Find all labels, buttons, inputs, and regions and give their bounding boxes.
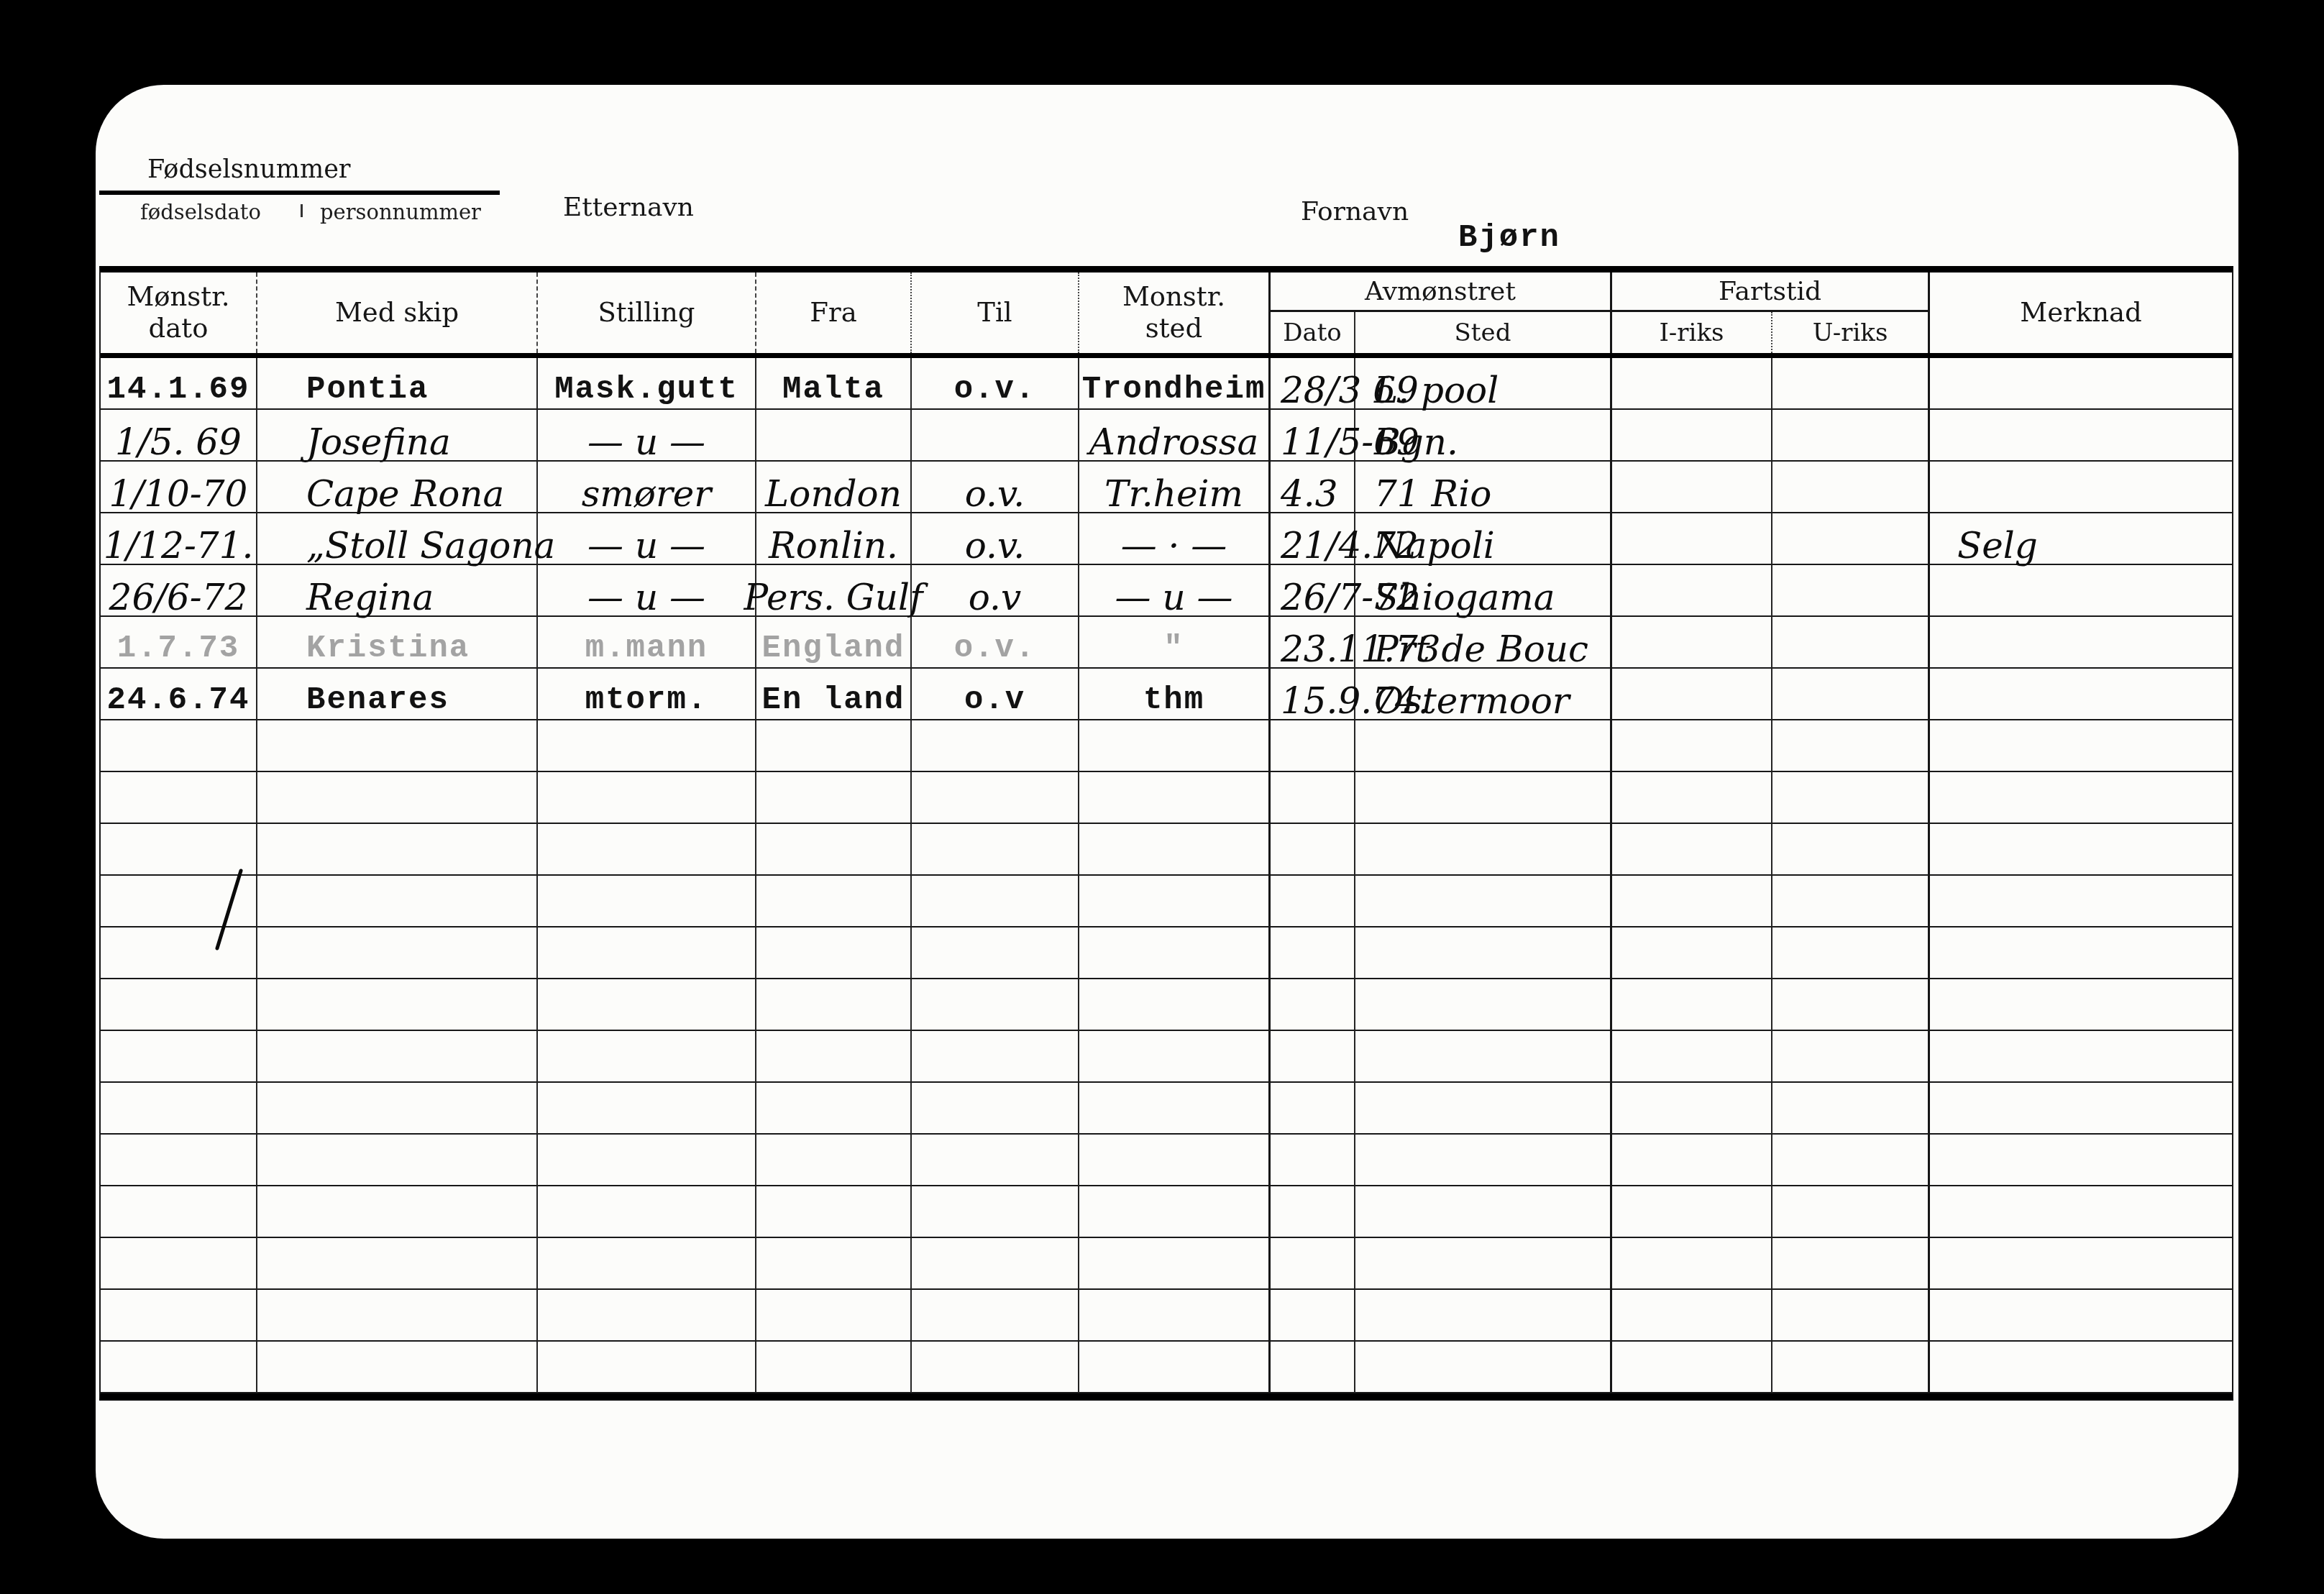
cell-iriks [1612, 876, 1772, 927]
cell-skip [257, 1135, 538, 1186]
table-row: 14.1.69PontiaMask.guttMaltao.v.Trondheim… [101, 358, 2232, 410]
cell-uriks [1772, 513, 1930, 565]
cell-sted: " [1079, 617, 1271, 669]
col-header-til: Til [912, 272, 1079, 353]
table-row [101, 927, 2232, 979]
cell-uriks [1772, 720, 1930, 772]
cell-avm_sted [1355, 1290, 1612, 1342]
cell-skip: Josefina [257, 410, 538, 462]
cell-avm_sted: Napoli [1355, 513, 1612, 565]
cell-skip [257, 1290, 538, 1342]
fartstid-subheaders: I-riks U-riks [1612, 312, 1928, 353]
cell-avm_dato [1271, 927, 1355, 979]
cell-til [912, 1290, 1079, 1342]
cell-iriks [1612, 1290, 1772, 1342]
cell-avm_sted: Shiogama [1355, 565, 1612, 617]
col-header-monstr-sted: Monstr. sted [1079, 272, 1271, 353]
cell-avm_sted [1355, 1083, 1612, 1135]
cell-sted: Tr.heim [1079, 462, 1271, 513]
cell-til [912, 772, 1079, 824]
cell-sted [1079, 1290, 1271, 1342]
cell-fra [756, 1238, 912, 1290]
cell-sted [1079, 720, 1271, 772]
cell-dato [101, 824, 257, 876]
cell-avm_sted [1355, 1186, 1612, 1238]
table-row: 26/6-72Regina— u —Pers. Gulfo.v— u —26/7… [101, 565, 2232, 617]
cell-merknad [1930, 979, 2232, 1031]
cell-skip [257, 1031, 538, 1083]
cell-til: o.v [912, 669, 1079, 720]
cell-fra: En land [756, 669, 912, 720]
cell-til: o.v. [912, 358, 1079, 410]
cell-avm_sted: Bgn. [1355, 410, 1612, 462]
cell-avm_sted [1355, 927, 1612, 979]
table-header: Mønstr. dato Med skip Stilling Fra Til M… [101, 272, 2232, 358]
cell-stilling [538, 1342, 756, 1393]
cell-dato: 14.1.69 [101, 358, 257, 410]
cell-skip: Cape Rona [257, 462, 538, 513]
cell-dato: 1/12-71. [101, 513, 257, 565]
cell-stilling: mtorm. [538, 669, 756, 720]
cell-avm_sted [1355, 1031, 1612, 1083]
cell-stilling: — u — [538, 513, 756, 565]
table-row: 1.7.73Kristinam.mannEnglando.v."23.11.73… [101, 617, 2232, 669]
cell-merknad [1930, 565, 2232, 617]
cell-avm_dato [1271, 1186, 1355, 1238]
cell-iriks [1612, 927, 1772, 979]
cell-avm_sted [1355, 1238, 1612, 1290]
cell-til [912, 824, 1079, 876]
cell-avm_dato: 21/4.72 [1271, 513, 1355, 565]
cell-til [912, 876, 1079, 927]
cell-iriks [1612, 1031, 1772, 1083]
cell-fra [756, 979, 912, 1031]
fodselsnummer-underline [99, 191, 500, 195]
col-header-monstr-dato-line2: dato [149, 313, 209, 344]
cell-til [912, 720, 1079, 772]
col-header-avm-sted: Sted [1355, 312, 1610, 353]
record-table: Mønstr. dato Med skip Stilling Fra Til M… [99, 266, 2233, 1401]
table-row [101, 876, 2232, 927]
cell-fra [756, 1083, 912, 1135]
cell-dato [101, 1031, 257, 1083]
cell-dato [101, 1238, 257, 1290]
cell-uriks [1772, 565, 1930, 617]
cell-merknad [1930, 1135, 2232, 1186]
cell-avm_dato: 15.9.74. [1271, 669, 1355, 720]
cell-dato [101, 1135, 257, 1186]
cell-dato: 1.7.73 [101, 617, 257, 669]
cell-merknad [1930, 410, 2232, 462]
cell-fra [756, 1186, 912, 1238]
cell-uriks [1772, 824, 1930, 876]
cell-sted [1079, 1031, 1271, 1083]
cell-dato [101, 772, 257, 824]
cell-sted [1079, 824, 1271, 876]
cell-uriks [1772, 1290, 1930, 1342]
field-divider-tick [301, 204, 303, 217]
cell-stilling: smører [538, 462, 756, 513]
table-row [101, 1238, 2232, 1290]
cell-stilling [538, 1186, 756, 1238]
cell-iriks [1612, 824, 1772, 876]
table-row: 24.6.74Benaresmtorm.En lando.vthm15.9.74… [101, 669, 2232, 720]
cell-iriks [1612, 1342, 1772, 1393]
cell-merknad [1930, 1290, 2232, 1342]
cell-avm_sted [1355, 1135, 1612, 1186]
cell-fra: Ronlin. [756, 513, 912, 565]
col-header-med-skip: Med skip [257, 272, 538, 353]
cell-til [912, 1342, 1079, 1393]
cell-merknad [1930, 462, 2232, 513]
cell-avm_dato [1271, 1342, 1355, 1393]
col-header-fra: Fra [756, 272, 912, 353]
cell-skip [257, 824, 538, 876]
cell-avm_dato [1271, 824, 1355, 876]
cell-skip [257, 720, 538, 772]
cell-fra: London [756, 462, 912, 513]
cell-uriks [1772, 358, 1930, 410]
cell-dato [101, 1290, 257, 1342]
table-row [101, 1186, 2232, 1238]
cell-til [912, 1238, 1079, 1290]
cell-avm_dato [1271, 1135, 1355, 1186]
cell-uriks [1772, 410, 1930, 462]
cell-dato: 24.6.74 [101, 669, 257, 720]
cell-stilling [538, 927, 756, 979]
cell-avm_dato [1271, 1290, 1355, 1342]
cell-uriks [1772, 462, 1930, 513]
cell-iriks [1612, 1135, 1772, 1186]
cell-avm_dato: 28/3 69 [1271, 358, 1355, 410]
col-header-monstr-dato: Mønstr. dato [101, 272, 257, 353]
cell-sted [1079, 979, 1271, 1031]
cell-dato [101, 720, 257, 772]
cell-avm_dato [1271, 1238, 1355, 1290]
cell-stilling: Mask.gutt [538, 358, 756, 410]
col-header-merknad: Merknad [1930, 272, 2232, 353]
cell-uriks [1772, 669, 1930, 720]
col-header-monstr-dato-line1: Mønstr. [127, 281, 229, 313]
cell-avm_dato: 4.3 [1271, 462, 1355, 513]
cell-skip [257, 1342, 538, 1393]
cell-stilling: — u — [538, 565, 756, 617]
cell-sted: thm [1079, 669, 1271, 720]
cell-merknad [1930, 1031, 2232, 1083]
cell-stilling [538, 1238, 756, 1290]
cell-fra: Pers. Gulf [756, 565, 912, 617]
col-header-u-riks: U-riks [1772, 312, 1928, 353]
cell-stilling: m.mann [538, 617, 756, 669]
cell-til [912, 1083, 1079, 1135]
cell-sted [1079, 772, 1271, 824]
table-row: 1/5. 69Josefina— u —Androssa11/5-69Bgn. [101, 410, 2232, 462]
table-row: 1/10-70Cape RonasmørerLondono.v.Tr.heim4… [101, 462, 2232, 513]
table-row [101, 1290, 2232, 1342]
col-header-monstr-sted-line2: sted [1145, 313, 1202, 344]
cell-fra [756, 772, 912, 824]
cell-dato [101, 927, 257, 979]
cell-fra [756, 1342, 912, 1393]
cell-dato: 1/10-70 [101, 462, 257, 513]
cell-uriks [1772, 979, 1930, 1031]
cell-skip: Pontia [257, 358, 538, 410]
col-header-monstr-sted-line1: Monstr. [1122, 281, 1225, 313]
cell-avm_sted [1355, 876, 1612, 927]
cell-skip: Benares [257, 669, 538, 720]
cell-avm_sted [1355, 720, 1612, 772]
cell-uriks [1772, 1031, 1930, 1083]
col-header-i-riks: I-riks [1612, 312, 1772, 353]
cell-iriks [1612, 772, 1772, 824]
cell-stilling [538, 772, 756, 824]
cell-fra [756, 876, 912, 927]
cell-til: o.v. [912, 513, 1079, 565]
cell-avm_sted: Ostermoor [1355, 669, 1612, 720]
table-row [101, 1031, 2232, 1083]
cell-avm_sted [1355, 1342, 1612, 1393]
cell-avm_sted: 71 Rio [1355, 462, 1612, 513]
table-row [101, 720, 2232, 772]
cell-sted: — u — [1079, 565, 1271, 617]
cell-iriks [1612, 720, 1772, 772]
cell-uriks [1772, 876, 1930, 927]
cell-dato [101, 979, 257, 1031]
cell-fra [756, 1290, 912, 1342]
cell-avm_dato [1271, 876, 1355, 927]
cell-merknad [1930, 669, 2232, 720]
cell-dato [101, 1342, 257, 1393]
cell-til [912, 927, 1079, 979]
table-row [101, 979, 2232, 1031]
cell-dato: 26/6-72 [101, 565, 257, 617]
cell-skip [257, 876, 538, 927]
cell-iriks [1612, 1186, 1772, 1238]
cell-fra [756, 1031, 912, 1083]
cell-merknad [1930, 927, 2232, 979]
cell-iriks [1612, 669, 1772, 720]
col-group-avmonstret: Avmønstret Dato Sted [1271, 272, 1612, 353]
cell-uriks [1772, 772, 1930, 824]
col-group-fartstid: Fartstid I-riks U-riks [1612, 272, 1930, 353]
fodselsdato-label: fødselsdato [140, 200, 261, 224]
table-body: 14.1.69PontiaMask.guttMaltao.v.Trondheim… [101, 358, 2232, 1393]
cell-merknad [1930, 824, 2232, 876]
cell-fra [756, 410, 912, 462]
cell-avm_sted [1355, 824, 1612, 876]
cell-stilling: — u — [538, 410, 756, 462]
cell-uriks [1772, 1135, 1930, 1186]
cell-stilling [538, 979, 756, 1031]
cell-merknad: Selg [1930, 513, 2232, 565]
cell-avm_dato [1271, 720, 1355, 772]
cell-fra [756, 824, 912, 876]
cell-fra [756, 720, 912, 772]
cell-iriks [1612, 358, 1772, 410]
cell-avm_dato [1271, 1083, 1355, 1135]
cell-merknad [1930, 1342, 2232, 1393]
table-row: 1/12-71.„Stoll Sagona— u —Ronlin.o.v.— ·… [101, 513, 2232, 565]
cell-sted: Trondheim [1079, 358, 1271, 410]
col-header-avm-dato: Dato [1271, 312, 1355, 353]
cell-til: o.v. [912, 462, 1079, 513]
cell-til [912, 979, 1079, 1031]
cell-uriks [1772, 617, 1930, 669]
cell-iriks [1612, 410, 1772, 462]
cell-iriks [1612, 565, 1772, 617]
cell-merknad [1930, 1083, 2232, 1135]
cell-merknad [1930, 358, 2232, 410]
cell-iriks [1612, 1238, 1772, 1290]
fornavn-value: Bjørn [1458, 220, 1560, 256]
cell-iriks [1612, 617, 1772, 669]
cell-sted [1079, 1135, 1271, 1186]
cell-merknad [1930, 617, 2232, 669]
table-row [101, 1083, 2232, 1135]
cell-skip [257, 772, 538, 824]
cell-uriks [1772, 927, 1930, 979]
cell-til [912, 410, 1079, 462]
cell-sted [1079, 1186, 1271, 1238]
cell-sted: — · — [1079, 513, 1271, 565]
cell-dato [101, 1186, 257, 1238]
col-header-avmonstret: Avmønstret [1271, 272, 1610, 312]
cell-sted [1079, 927, 1271, 979]
table-row [101, 1342, 2232, 1393]
cell-uriks [1772, 1342, 1930, 1393]
cell-stilling [538, 1031, 756, 1083]
cell-til [912, 1031, 1079, 1083]
cell-iriks [1612, 979, 1772, 1031]
cell-til: o.v [912, 565, 1079, 617]
cell-stilling [538, 1083, 756, 1135]
personnummer-label: personnummer [320, 200, 481, 224]
cell-skip: Regina [257, 565, 538, 617]
cell-iriks [1612, 462, 1772, 513]
cell-skip: Kristina [257, 617, 538, 669]
cell-merknad [1930, 772, 2232, 824]
cell-avm_sted [1355, 772, 1612, 824]
cell-sted [1079, 1238, 1271, 1290]
cell-avm_dato [1271, 979, 1355, 1031]
cell-dato [101, 876, 257, 927]
cell-uriks [1772, 1186, 1930, 1238]
cell-skip [257, 979, 538, 1031]
cell-stilling [538, 876, 756, 927]
cell-merknad [1930, 1238, 2232, 1290]
cell-uriks [1772, 1238, 1930, 1290]
fodselsnummer-label: Fødselsnummer [147, 155, 351, 184]
cell-avm_dato: 23.11.73 [1271, 617, 1355, 669]
cell-sted [1079, 1342, 1271, 1393]
table-row [101, 772, 2232, 824]
cell-avm_sted: L. pool [1355, 358, 1612, 410]
cell-merknad [1930, 1186, 2232, 1238]
cell-avm_dato: 11/5-69 [1271, 410, 1355, 462]
cell-dato [101, 1083, 257, 1135]
table-row [101, 1135, 2232, 1186]
cell-stilling [538, 720, 756, 772]
table-row [101, 824, 2232, 876]
cell-skip [257, 1186, 538, 1238]
cell-skip [257, 1083, 538, 1135]
col-header-stilling: Stilling [538, 272, 756, 353]
cell-stilling [538, 1290, 756, 1342]
cell-til: o.v. [912, 617, 1079, 669]
cell-fra [756, 927, 912, 979]
cell-iriks [1612, 513, 1772, 565]
cell-merknad [1930, 876, 2232, 927]
cell-avm_sted: Prt de Bouc [1355, 617, 1612, 669]
cell-avm_dato [1271, 1031, 1355, 1083]
cell-fra: England [756, 617, 912, 669]
cell-avm_sted [1355, 979, 1612, 1031]
cell-til [912, 1186, 1079, 1238]
cell-skip [257, 927, 538, 979]
cell-avm_dato: 26/7-72 [1271, 565, 1355, 617]
cell-uriks [1772, 1083, 1930, 1135]
cell-sted: Androssa [1079, 410, 1271, 462]
cell-skip [257, 1238, 538, 1290]
cell-skip: „Stoll Sagona [257, 513, 538, 565]
cell-iriks [1612, 1083, 1772, 1135]
cell-sted [1079, 876, 1271, 927]
cell-avm_dato [1271, 772, 1355, 824]
avmonstret-subheaders: Dato Sted [1271, 312, 1610, 353]
fornavn-label: Fornavn [1301, 197, 1409, 226]
cell-stilling [538, 824, 756, 876]
cell-dato: 1/5. 69 [101, 410, 257, 462]
cell-sted [1079, 1083, 1271, 1135]
cell-merknad [1930, 720, 2232, 772]
cell-til [912, 1135, 1079, 1186]
cell-stilling [538, 1135, 756, 1186]
seaman-record-card: Fødselsnummer fødselsdato personnummer E… [96, 85, 2238, 1539]
etternavn-label: Etternavn [563, 193, 694, 222]
col-header-fartstid: Fartstid [1612, 272, 1928, 312]
cell-fra [756, 1135, 912, 1186]
cell-fra: Malta [756, 358, 912, 410]
